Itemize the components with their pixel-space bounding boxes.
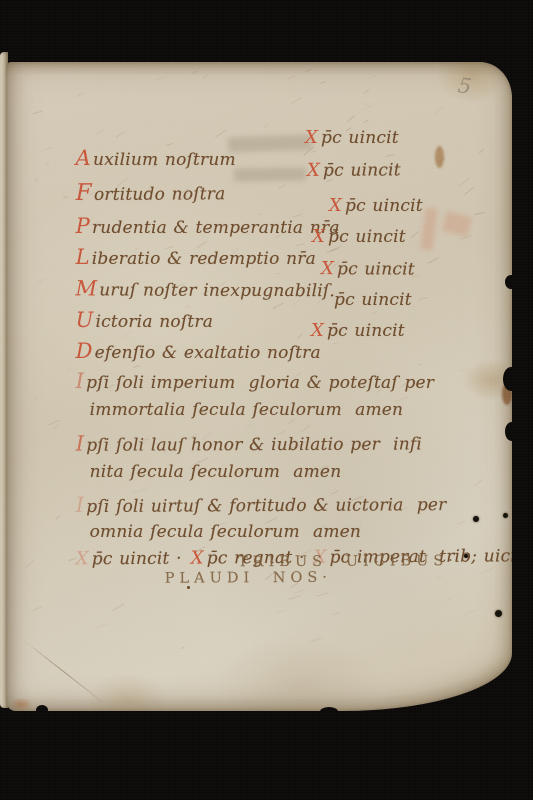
capitals-left: PLAUDI NOS· <box>165 570 332 587</box>
manuscript-line: Defenſio & exaltatio noſtra Xp̄c uincit <box>36 319 508 345</box>
ink-speck <box>187 586 190 589</box>
edge-notch <box>320 707 338 711</box>
parchment-page: 5 Auxilium noſtrum Xp̄c uincit Fortitudo… <box>6 62 512 711</box>
christus-abbreviation: X <box>307 160 320 181</box>
manuscript-line: Uictoria noſtra p̄c uincit <box>36 288 508 314</box>
response-text: p̄c uincit <box>328 227 406 247</box>
manuscript-line: immortalia ſecula ſeculorum amen <box>36 380 512 406</box>
manuscript-line: Ipſi ſoli uirtuſ & fortitudo & uictoria … <box>36 471 508 499</box>
christus-abbreviation: X <box>321 258 334 279</box>
manuscript-rubric-capitals: PLAUDI NOS· TRIBUS UICIBUS· <box>53 553 512 581</box>
response-text: p̄c uincit <box>345 196 423 216</box>
manuscript-line: Liberatio & redemptio nr̄a Xp̄c uincit <box>36 225 508 251</box>
manuscript-line: nita ſecula ſeculorum amen <box>36 442 512 468</box>
line-response: Xp̄c uincit <box>307 159 401 180</box>
line-response: Xp̄c uincit <box>321 258 415 279</box>
response-text: p̄c uincit <box>321 128 399 148</box>
manuscript-line-triple-acclamation: Xp̄c uincit ·Xp̄c regnat ·Xp̄c imperat t… <box>36 525 508 554</box>
manuscript-line: Muruſ noſter inexpugnabiliſ. Xp̄c uincit <box>36 256 508 284</box>
manuscript-line: Ipſi ſoli lauſ honor & iubilatio per inf… <box>36 410 508 438</box>
manuscript-line: Auxilium noſtrum Xp̄c uincit <box>36 126 508 152</box>
line-response: Xp̄c uincit <box>305 127 399 148</box>
line-response: p̄c uincit <box>331 289 412 310</box>
christus-abbreviation: X <box>312 226 325 247</box>
edge-notch <box>36 705 48 711</box>
manuscript-line: Prudentia & temperantia nr̄a Xp̄c uincit <box>36 194 508 220</box>
line-response: Xp̄c uincit <box>329 195 423 216</box>
crease-line <box>23 640 102 702</box>
wormhole-spot <box>495 610 502 617</box>
capitals-right: TRIBUS UICIBUS· <box>238 553 458 570</box>
wormhole-spot <box>464 554 468 558</box>
christus-abbreviation: X <box>329 195 342 216</box>
manuscript-line: omnia ſecula ſeculorum amen <box>36 502 512 528</box>
christus-abbreviation: X <box>311 320 324 341</box>
folio-number: 5 <box>456 73 473 99</box>
manuscript-photo: 5 Auxilium noſtrum Xp̄c uincit Fortitudo… <box>0 0 533 800</box>
response-text: p̄c uincit <box>334 290 412 310</box>
wormhole-spot <box>473 516 479 522</box>
line-response: Xp̄c uincit <box>311 320 405 341</box>
line-response: Xp̄c uincit <box>312 226 406 247</box>
response-text: p̄c uincit <box>337 259 415 279</box>
christus-abbreviation: X <box>305 127 318 148</box>
wormhole-spot <box>503 513 508 518</box>
edge-notch <box>505 275 512 289</box>
response-text: p̄c uincit <box>327 321 405 341</box>
response-text: p̄c uincit <box>323 160 401 180</box>
manuscript-line: Fortitudo noſtra Xp̄c uincit <box>36 158 508 186</box>
manuscript-line: Ipſi ſoli imperium gloria & poteſtaſ per <box>36 349 508 375</box>
edge-notch <box>505 422 512 441</box>
edge-notch <box>503 367 512 391</box>
